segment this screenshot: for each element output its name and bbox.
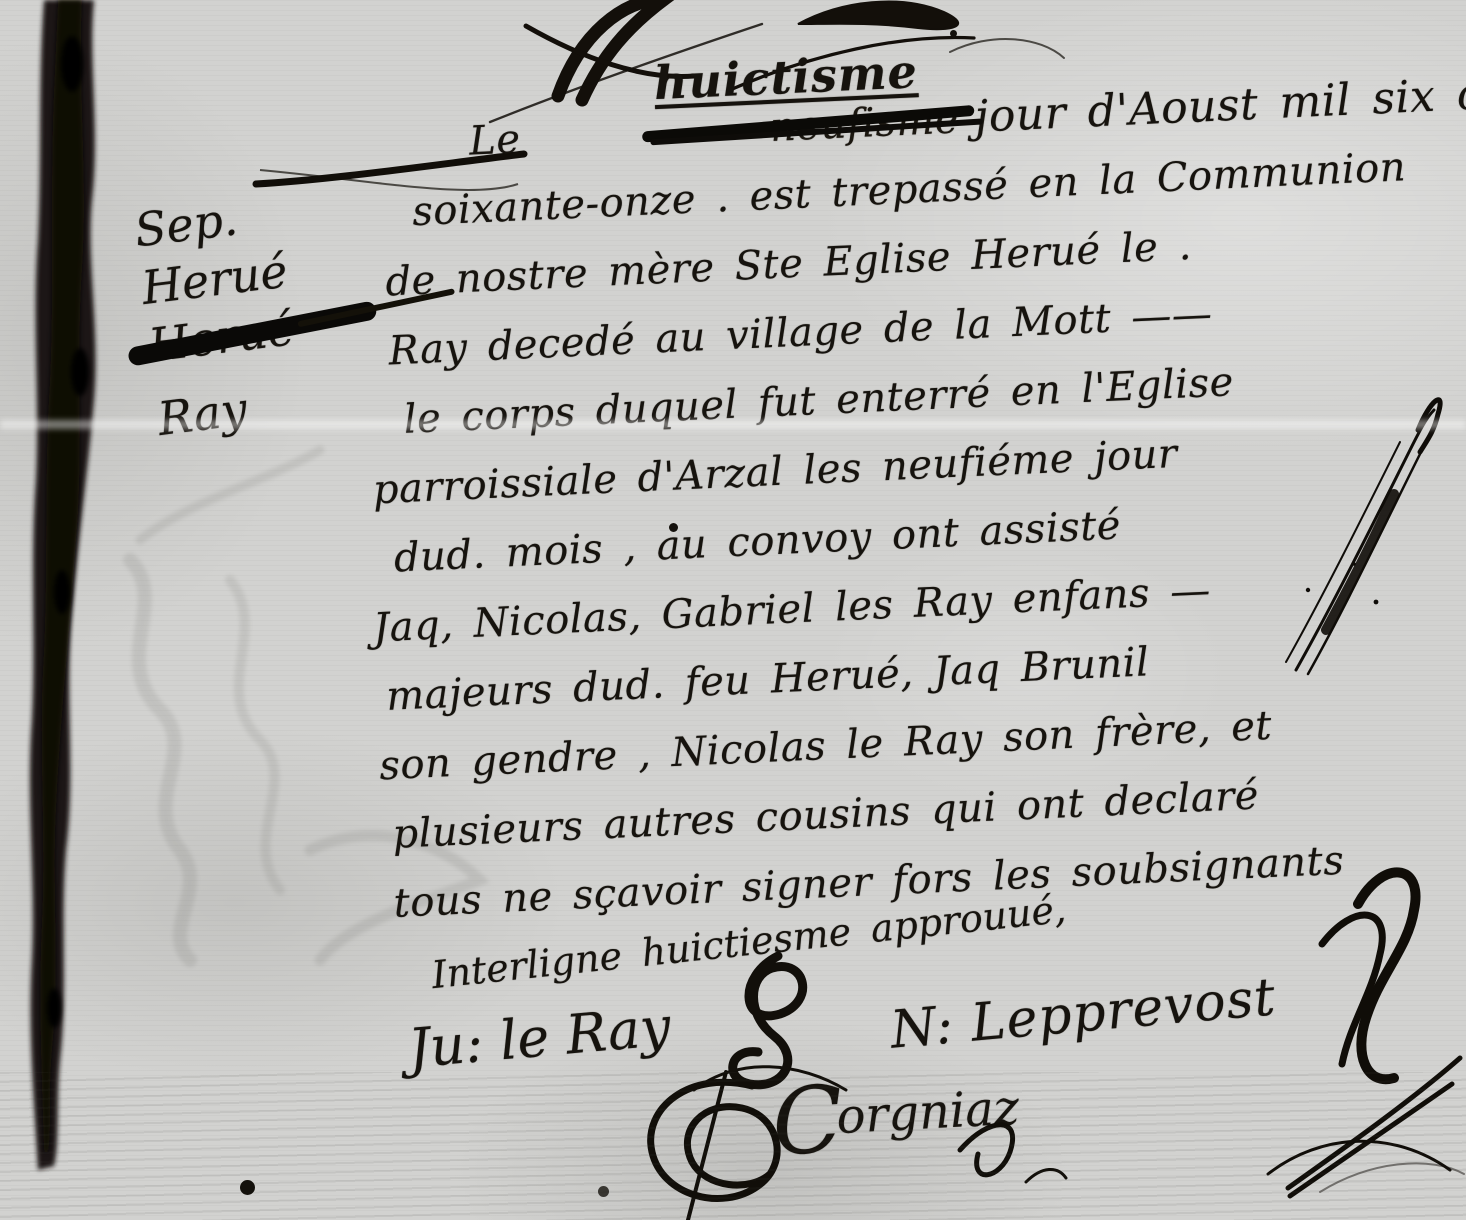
ink-bleedthrough-ghost: [70, 540, 370, 980]
burial-entry-text: Leneufismehuictismejour d'Aoust mil six …: [350, 66, 1466, 945]
ink-bleedthrough-ghost: [120, 420, 340, 580]
scan-light-streak: [0, 420, 1466, 429]
line1-suffix: jour d'Aoust mil six cens: [974, 65, 1466, 143]
ink-dot: [598, 1186, 609, 1197]
ink-dot: [240, 1180, 255, 1195]
signature-le-ray: Ju: le Ray: [406, 995, 673, 1081]
ink-dot: [950, 30, 957, 37]
margin-note: Sep. Herué Herué Ray: [131, 184, 306, 448]
binding-edge-strip: [0, 0, 140, 1220]
ink-dot: [669, 523, 678, 532]
manuscript-scan-page: Sep. Herué Herué Ray Leneufismehuictisme…: [0, 0, 1466, 1220]
scan-line-streaks: [0, 1072, 1466, 1220]
line1-prefix: Le: [468, 116, 521, 164]
signature-lepprevost: N: Lepprevost: [888, 967, 1278, 1060]
margin-surname: Ray: [155, 373, 307, 448]
